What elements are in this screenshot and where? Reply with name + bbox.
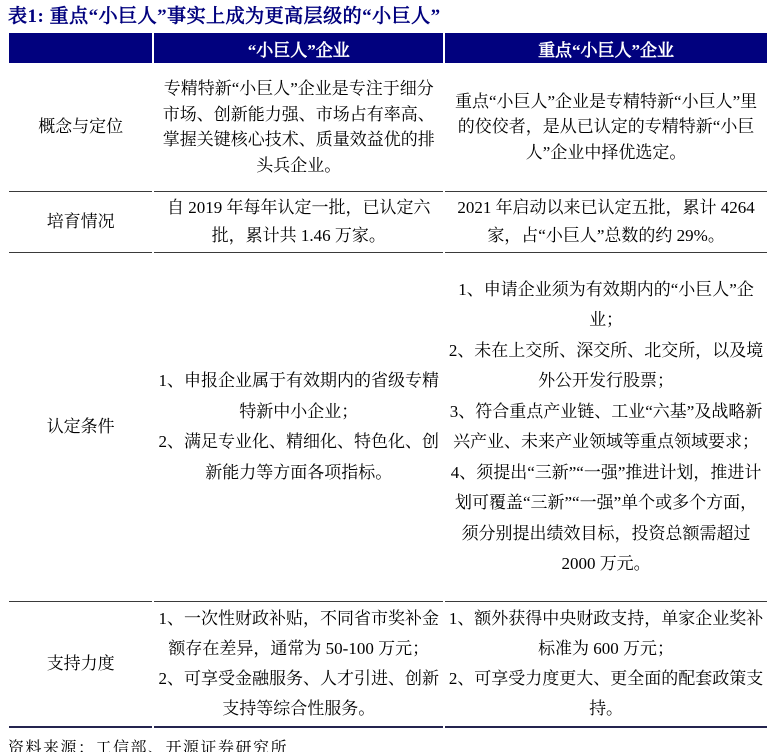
page-title: 表1: 重点“小巨人”事实上成为更高层级的“小巨人” [8,5,770,29]
cell-paragraph: 2021 年启动以来已认定五批，累计 4264 家，占“小巨人”总数的约 29%… [448,194,764,250]
cell-paragraph: 3、符合重点产业链、工业“六基”及战略新兴产业、未来产业领域等重点领域要求； [448,397,764,458]
cell-paragraph: 1、一次性财政补贴，不同省市奖补金额存在差异，通常为 50-100 万元； [157,604,440,664]
cell-paragraph: 重点“小巨人”企业是专精特新“小巨人”里的佼佼者，是从已认定的专精特新“小巨人”… [448,89,764,166]
row-label-cultivation: 培育情况 [9,192,152,253]
comparison-table: “小巨人”企业 重点“小巨人”企业 概念与定位 专精特新“小巨人”企业是专注于细… [7,33,769,728]
cell-paragraph: 4、须提出“三新”“一强”推进计划，推进计划可覆盖“三新”“一强”单个或多个方面… [448,458,764,580]
cell-paragraph: 1、申报企业属于有效期内的省级专精特新中小企业； [157,366,440,427]
cell-criteria-xiaojuren: 1、申报企业属于有效期内的省级专精特新中小企业；2、满足专业化、精细化、特色化、… [154,253,443,602]
cell-paragraph: 1、额外获得中央财政支持，单家企业奖补标准为 600 万元； [448,604,764,664]
cell-concept-xiaojuren: 专精特新“小巨人”企业是专注于细分市场、创新能力强、市场占有率高、掌握关键核心技… [154,63,443,192]
source-note: 资料来源：工信部、开源证券研究所 [8,735,770,752]
cell-paragraph: 1、申请企业须为有效期内的“小巨人”企业； [448,275,764,336]
cell-cultivation-key-xiaojuren: 2021 年启动以来已认定五批，累计 4264 家，占“小巨人”总数的约 29%… [445,192,767,253]
table-header-row: “小巨人”企业 重点“小巨人”企业 [9,33,767,63]
col-header-blank [9,33,152,63]
report-table-page: 表1: 重点“小巨人”事实上成为更高层级的“小巨人” “小巨人”企业 重点“小巨… [0,0,777,752]
table-row-concept: 概念与定位 专精特新“小巨人”企业是专注于细分市场、创新能力强、市场占有率高、掌… [9,63,767,192]
table-row-cultivation: 培育情况 自 2019 年每年认定一批，已认定六批，累计共 1.46 万家。 2… [9,192,767,253]
table-row-support: 支持力度 1、一次性财政补贴，不同省市奖补金额存在差异，通常为 50-100 万… [9,602,767,728]
cell-support-xiaojuren: 1、一次性财政补贴，不同省市奖补金额存在差异，通常为 50-100 万元；2、可… [154,602,443,728]
cell-criteria-key-xiaojuren: 1、申请企业须为有效期内的“小巨人”企业；2、未在上交所、深交所、北交所，以及境… [445,253,767,602]
row-label-criteria: 认定条件 [9,253,152,602]
cell-cultivation-xiaojuren: 自 2019 年每年认定一批，已认定六批，累计共 1.46 万家。 [154,192,443,253]
cell-paragraph: 2、满足专业化、精细化、特色化、创新能力等方面各项指标。 [157,427,440,488]
cell-paragraph: 专精特新“小巨人”企业是专注于细分市场、创新能力强、市场占有率高、掌握关键核心技… [157,76,440,178]
cell-paragraph: 2、未在上交所、深交所、北交所，以及境外公开发行股票； [448,336,764,397]
cell-paragraph: 自 2019 年每年认定一批，已认定六批，累计共 1.46 万家。 [157,194,440,250]
row-label-support: 支持力度 [9,602,152,728]
row-label-concept: 概念与定位 [9,63,152,192]
cell-support-key-xiaojuren: 1、额外获得中央财政支持，单家企业奖补标准为 600 万元；2、可享受力度更大、… [445,602,767,728]
col-header-key-xiaojuren: 重点“小巨人”企业 [445,33,767,63]
col-header-xiaojuren: “小巨人”企业 [154,33,443,63]
cell-concept-key-xiaojuren: 重点“小巨人”企业是专精特新“小巨人”里的佼佼者，是从已认定的专精特新“小巨人”… [445,63,767,192]
cell-paragraph: 2、可享受力度更大、更全面的配套政策支持。 [448,664,764,724]
table-row-criteria: 认定条件 1、申报企业属于有效期内的省级专精特新中小企业；2、满足专业化、精细化… [9,253,767,602]
cell-paragraph: 2、可享受金融服务、人才引进、创新支持等综合性服务。 [157,664,440,724]
